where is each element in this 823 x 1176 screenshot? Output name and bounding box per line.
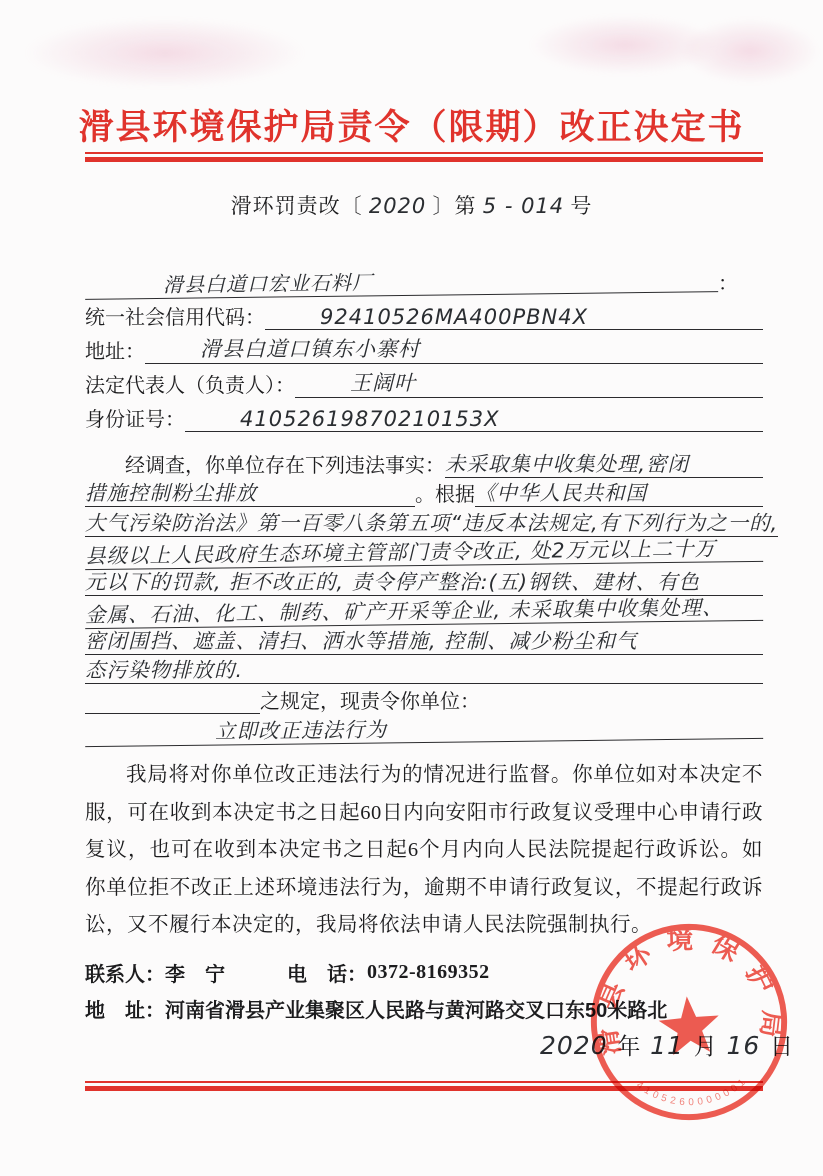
facts-row: 金属、石油、化工、制药、矿产开采等企业, 未采取集中收集处理、 <box>85 596 763 626</box>
page-title: 滑县环境保护局责令（限期）改正决定书 <box>0 100 823 150</box>
field-row-credit-code: 统一社会信用代码： 92410526MA400PBN4X <box>85 296 763 330</box>
doc-number-year: 2020 <box>369 194 426 218</box>
doc-number: 滑环罚责改〔 2020 〕第 5 - 014 号 <box>0 190 823 220</box>
header-rule <box>85 152 763 162</box>
facts-row: 经调查，你单位存在下列违法事实： 未采取集中收集处理,密闭 <box>85 448 763 478</box>
contact-phone-number: 0372-8169352 <box>367 961 490 984</box>
facts-period: 。根据 <box>415 478 475 507</box>
facts-row: 措施控制粉尘排放 。根据 《中华人民共和国 <box>85 478 763 508</box>
field-label: 法定代表人（负责人）： <box>85 369 295 398</box>
facts-handwritten-2: 措施控制粉尘排放 <box>85 476 415 507</box>
contact-person-name: 李 宁 <box>165 958 225 987</box>
field-value: 滑县白道口镇东小寨村 <box>145 333 763 364</box>
facts-handwritten-1: 未采取集中收集处理,密闭 <box>445 447 763 478</box>
facts-lead: 经调查，你单位存在下列违法事实： <box>85 449 445 478</box>
legal-basis-line: 密闭围挡、遮盖、清扫、洒水等措施, 控制、减少粉尘和气 <box>85 624 763 655</box>
document-page: 滑县环境保护局责令（限期）改正决定书 滑环罚责改〔 2020 〕第 5 - 01… <box>0 0 823 1176</box>
field-label: 身份证号： <box>85 403 185 432</box>
scan-artifact <box>25 18 305 88</box>
field-value: 王阔叶 <box>295 367 763 398</box>
field-row-legal-representative: 法定代表人（负责人）： 王阔叶 <box>85 364 763 398</box>
field-value: 92410526MA400PBN4X <box>265 305 763 330</box>
official-seal: 滑县环境保护局 4105260000001 <box>571 904 807 1140</box>
doc-number-mid: 〕第 <box>433 194 477 218</box>
facts-row: 态污染物排放的. <box>85 655 763 685</box>
seal-text: 滑县环境保护局 <box>582 914 791 1070</box>
field-value: 41052619870210153X <box>185 407 763 432</box>
field-row-address: 地址： 滑县白道口镇东小寨村 <box>85 330 763 364</box>
contact-address-label: 地 址： <box>85 994 165 1023</box>
provision-text: 之规定，现责令你单位： <box>260 685 480 714</box>
header-rule-thick <box>85 157 763 162</box>
recipient-colon: ： <box>718 267 738 296</box>
contact-phone-label: 电 话： <box>287 958 367 987</box>
order-handwritten: 立即改正违法行为 <box>85 708 763 747</box>
violation-facts-section: 经调查，你单位存在下列违法事实： 未采取集中收集处理,密闭 措施控制粉尘排放 。… <box>85 448 763 743</box>
recipient-name: 滑县白道口宏业石料厂 <box>85 262 718 300</box>
scan-artifact <box>530 15 720 75</box>
facts-row: 密闭围挡、遮盖、清扫、洒水等措施, 控制、减少粉尘和气 <box>85 625 763 655</box>
field-label: 统一社会信用代码： <box>85 301 265 330</box>
doc-number-prefix: 滑环罚责改〔 <box>231 194 363 218</box>
star-icon <box>657 994 722 1056</box>
doc-number-serial: 5 - 014 <box>483 194 564 218</box>
field-label: 地址： <box>85 335 145 364</box>
facts-row: 立即改正违法行为 <box>85 714 763 744</box>
contact-person-label: 联系人： <box>85 958 165 987</box>
doc-number-suffix: 号 <box>570 194 592 218</box>
facts-row: 县级以上人民政府生态环境主管部门责令改正, 处2万元以上二十万 <box>85 537 763 567</box>
scan-artifact <box>680 18 820 84</box>
field-row-id-number: 身份证号： 41052619870210153X <box>85 398 763 432</box>
legal-basis-line: 《中华人民共和国 <box>475 476 763 507</box>
form-body: 滑县白道口宏业石料厂 ： 统一社会信用代码： 92410526MA400PBN4… <box>85 260 763 1027</box>
recipient-line: 滑县白道口宏业石料厂 ： <box>85 260 763 296</box>
legal-basis-line: 态污染物排放的. <box>85 653 763 684</box>
